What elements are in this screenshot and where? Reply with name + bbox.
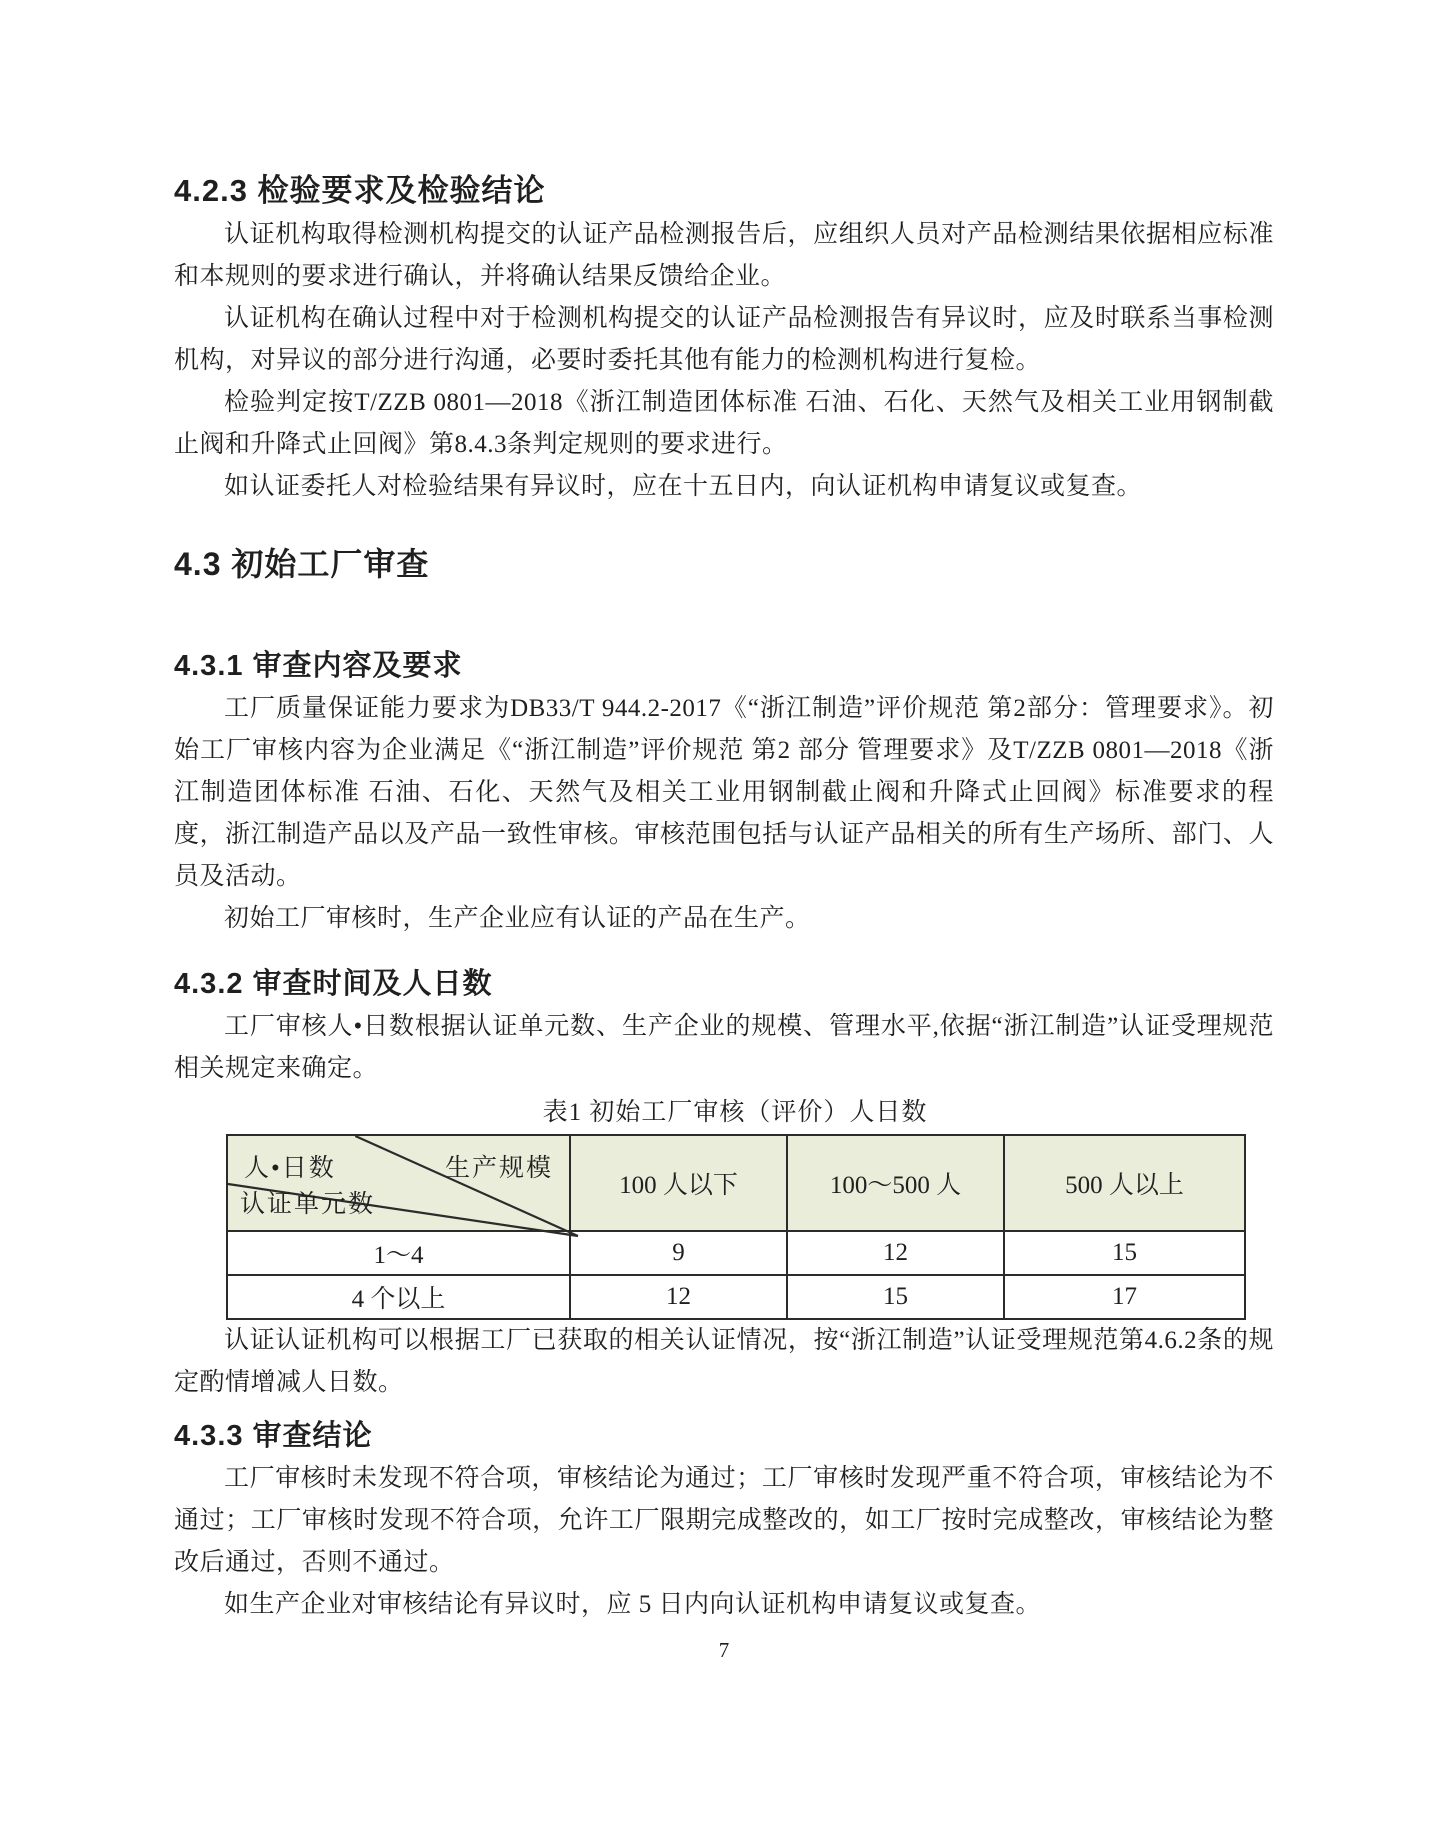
paragraph-man-days-basis: 工厂审核人•日数根据认证单元数、生产企业的规模、管理水平,依据“浙江制造”认证受… xyxy=(174,1006,1274,1090)
cell-value: 17 xyxy=(1004,1275,1245,1319)
heading-4-3-3: 4.3.3 审查结论 xyxy=(174,1414,1274,1458)
audit-man-days-table: 人•日数 生产规模 认证单元数 100 人以下 100～500 人 500 人以… xyxy=(226,1134,1246,1320)
paragraph-manufacturer-appeal: 如生产企业对审核结论有异议时，应 5 日内向认证机构申请复议或复查。 xyxy=(174,1584,1274,1626)
diagonal-header-cell: 人•日数 生产规模 认证单元数 xyxy=(227,1135,570,1231)
table-zone: 表1 初始工厂审核（评价）人日数 人•日数 生产规模 xyxy=(226,1096,1244,1320)
table-header-row: 人•日数 生产规模 认证单元数 100 人以下 100～500 人 500 人以… xyxy=(227,1135,1245,1231)
page-content: 4.2.3 检验要求及检验结论 认证机构取得检测机构提交的认证产品检测报告后，应… xyxy=(174,0,1274,1664)
cell-value: 15 xyxy=(1004,1231,1245,1275)
corner-label-cert-units: 认证单元数 xyxy=(240,1184,375,1220)
paragraph-inspection-judgement: 检验判定按T/ZZB 0801—2018《浙江制造团体标准 石油、石化、天然气及… xyxy=(174,382,1274,466)
column-header-under-100: 100 人以下 xyxy=(570,1135,787,1231)
cell-value: 9 xyxy=(570,1231,787,1275)
document-page: 4.2.3 检验要求及检验结论 认证机构取得检测机构提交的认证产品检测报告后，应… xyxy=(0,0,1439,1837)
paragraph-audit-conclusion: 工厂审核时未发现不符合项，审核结论为通过；工厂审核时发现严重不符合项，审核结论为… xyxy=(174,1458,1274,1584)
paragraph-audit-content: 工厂质量保证能力要求为DB33/T 944.2-2017《“浙江制造”评价规范 … xyxy=(174,688,1274,898)
corner-label-production-scale: 生产规模 xyxy=(445,1148,553,1184)
heading-4-2-3: 4.2.3 检验要求及检验结论 xyxy=(174,168,1274,214)
table-caption: 表1 初始工厂审核（评价）人日数 xyxy=(226,1096,1244,1130)
table-row: 4 个以上 12 15 17 xyxy=(227,1275,1245,1319)
cell-value: 12 xyxy=(787,1231,1004,1275)
table-row: 1～4 9 12 15 xyxy=(227,1231,1245,1275)
corner-label-man-days: 人•日数 xyxy=(244,1148,336,1184)
paragraph-client-appeal: 如认证委托人对检验结果有异议时，应在十五日内，向认证机构申请复议或复查。 xyxy=(174,466,1274,508)
cell-value: 15 xyxy=(787,1275,1004,1319)
heading-4-3-1: 4.3.1 审查内容及要求 xyxy=(174,644,1274,688)
column-header-100-500: 100～500 人 xyxy=(787,1135,1004,1231)
paragraph-adjust-man-days: 认证认证机构可以根据工厂已获取的相关认证情况，按“浙江制造”认证受理规范第4.6… xyxy=(174,1320,1274,1404)
paragraph-inspection-confirm: 认证机构取得检测机构提交的认证产品检测报告后，应组织人员对产品检测结果依据相应标… xyxy=(174,214,1274,298)
paragraph-inspection-dispute: 认证机构在确认过程中对于检测机构提交的认证产品检测报告有异议时，应及时联系当事检… xyxy=(174,298,1274,382)
page-number: 7 xyxy=(174,1636,1274,1664)
column-header-over-500: 500 人以上 xyxy=(1004,1135,1245,1231)
heading-4-3: 4.3 初始工厂审查 xyxy=(174,540,1274,588)
paragraph-audit-in-production: 初始工厂审核时，生产企业应有认证的产品在生产。 xyxy=(174,898,1274,940)
cell-value: 12 xyxy=(570,1275,787,1319)
row-label-over-4: 4 个以上 xyxy=(227,1275,570,1319)
heading-4-3-2: 4.3.2 审查时间及人日数 xyxy=(174,962,1274,1006)
row-label-1-4: 1～4 xyxy=(227,1231,570,1275)
